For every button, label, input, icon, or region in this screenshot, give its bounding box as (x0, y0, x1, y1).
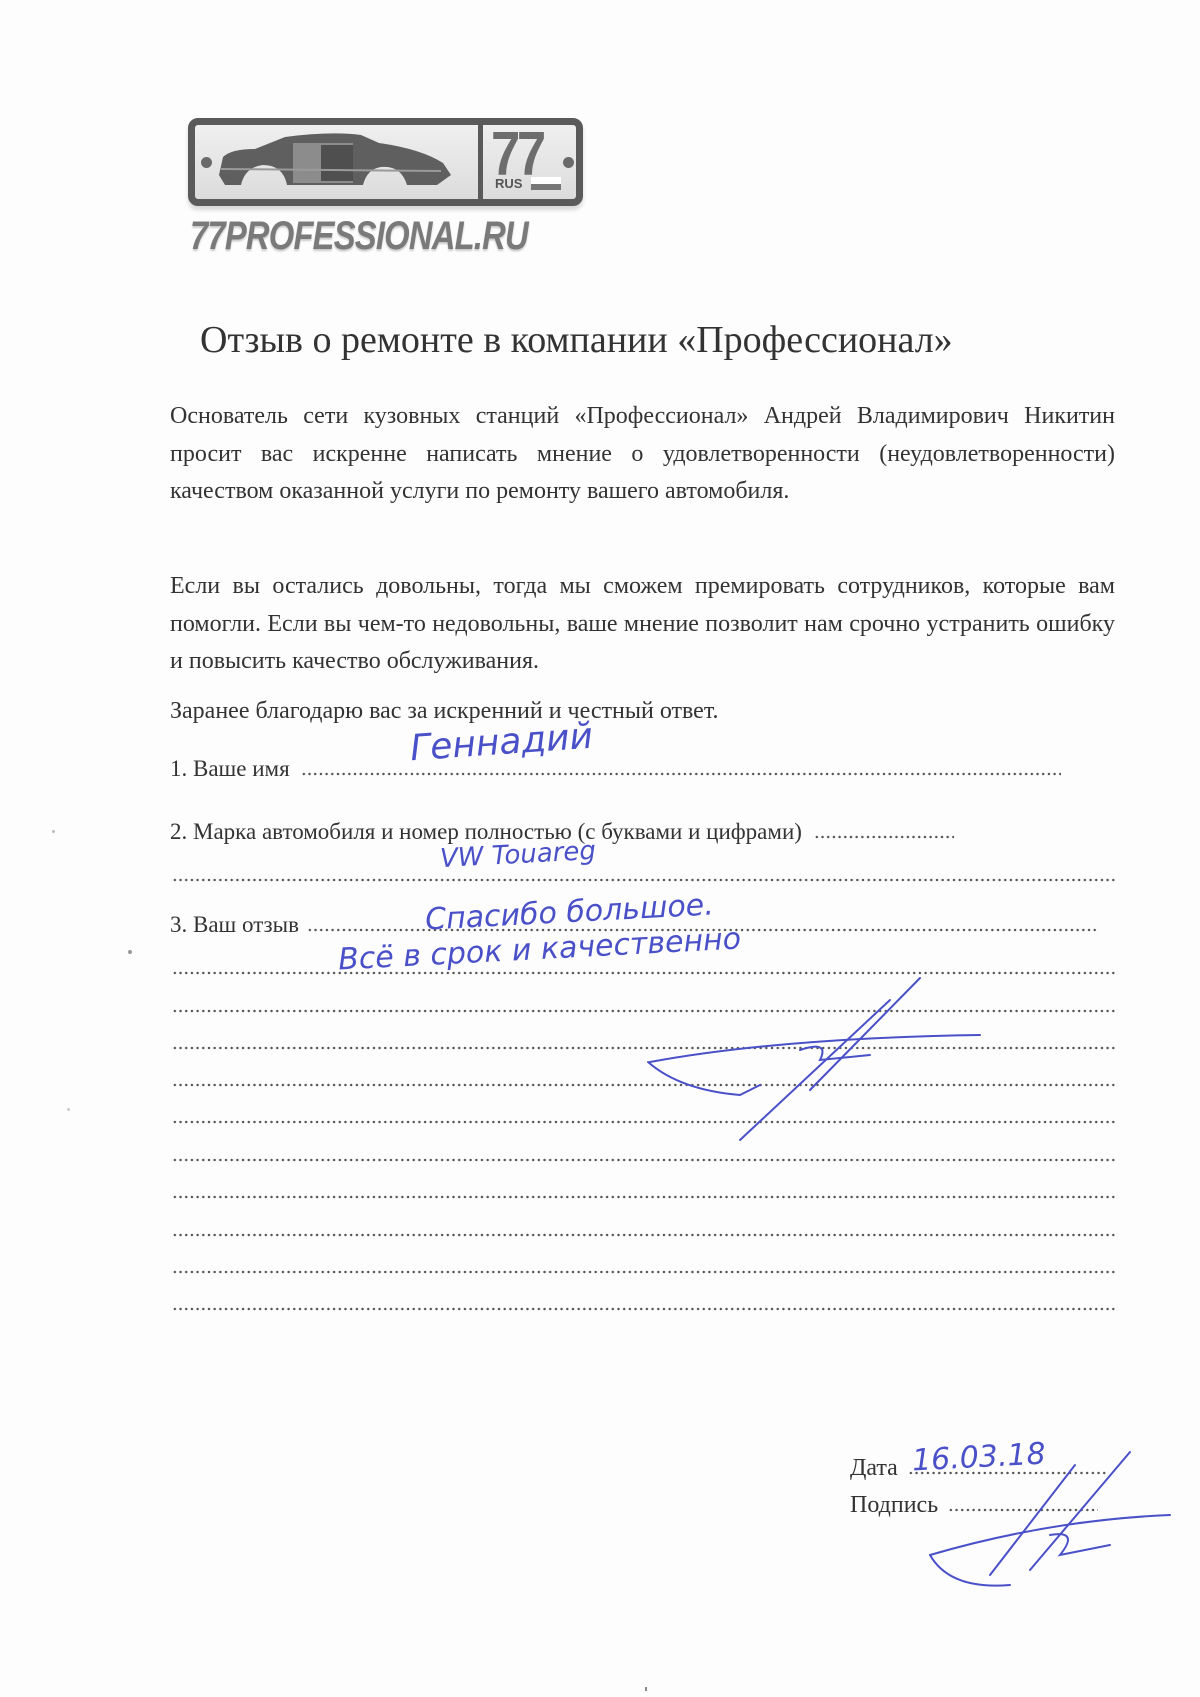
review-dotted-line[interactable] (172, 1307, 1117, 1311)
review-field-label: 3. Ваш отзыв (170, 912, 299, 938)
review-dotted-line[interactable] (172, 971, 1117, 975)
plate-country-code: RUS (495, 176, 522, 191)
bolt-icon (563, 157, 574, 168)
company-logo: 77 RUS 77PROFESSIONAL.RU (188, 118, 588, 263)
name-field-label: 1. Ваше имя (170, 756, 290, 782)
review-dotted-line[interactable] (172, 1158, 1117, 1162)
review-dotted-line[interactable] (172, 1046, 1117, 1050)
license-plate-graphic: 77 RUS (188, 118, 583, 206)
intro-paragraph: Основатель сети кузовных станций «Профес… (170, 398, 1115, 511)
date-value[interactable]: 16.03.18 (911, 1437, 1046, 1479)
page-title: Отзыв о ремонте в компании «Профессионал… (200, 318, 953, 362)
car-field-dotted-line[interactable] (814, 835, 954, 839)
signature-label: Подпись (850, 1492, 938, 1518)
logo-site-name: 77PROFESSIONAL.RU (190, 214, 528, 259)
car-field-dotted-line-2[interactable] (172, 878, 1117, 882)
date-label: Дата (850, 1455, 898, 1481)
scan-speck (645, 1687, 647, 1691)
signature-dotted-line[interactable] (948, 1508, 1098, 1512)
scan-speck (52, 830, 55, 833)
review-dotted-line[interactable] (172, 1120, 1117, 1124)
review-dotted-line[interactable] (172, 1195, 1117, 1199)
car-field-row: 2. Марка автомобиля и номер полностью (с… (170, 819, 1115, 849)
flag-icon (531, 177, 561, 190)
scan-speck (128, 950, 132, 954)
review-dotted-line[interactable] (172, 1083, 1117, 1087)
name-field-dotted-line[interactable] (301, 772, 1061, 776)
name-field-row: 1. Ваше имя (170, 756, 1115, 786)
review-dotted-line[interactable] (172, 1233, 1117, 1237)
review-dotted-line[interactable] (172, 1270, 1117, 1274)
plate-divider (478, 125, 483, 199)
motivation-paragraph: Если вы остались довольны, тогда мы смож… (170, 568, 1115, 681)
car-silhouette-icon (211, 129, 481, 199)
review-dotted-line[interactable] (172, 1009, 1117, 1013)
signature-row: Подпись (850, 1492, 1098, 1519)
scan-speck (67, 1108, 70, 1111)
thanks-paragraph: Заранее благодарю вас за искренний и чес… (170, 693, 1115, 731)
